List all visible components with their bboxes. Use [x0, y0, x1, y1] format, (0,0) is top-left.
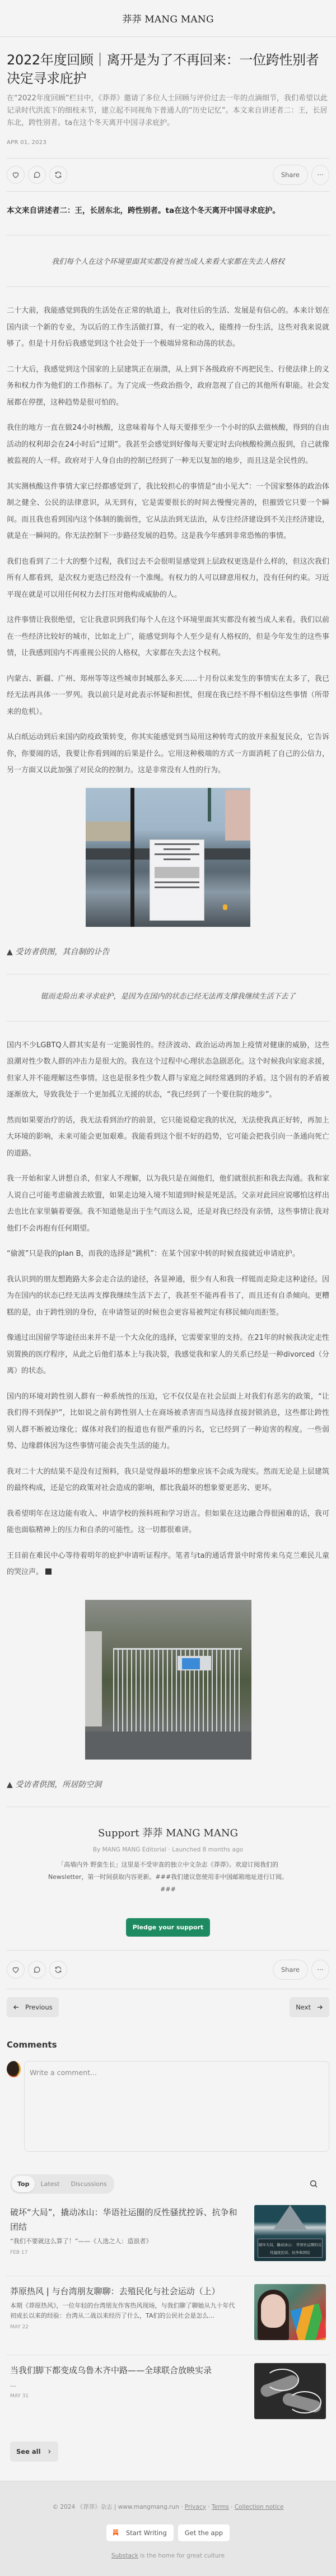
share-button[interactable]: Share — [273, 165, 308, 185]
article-body-part-1: 二十大前，我能感觉到我的生活处在正常的轨道上，我对往后的生活、发展是有信心的。本… — [7, 303, 329, 779]
post-thumbnail[interactable]: 破坏大局，撬动冰山： 华语社运圈的反性骚扰控诉、抗争和团结 — [254, 2205, 326, 2261]
divider — [7, 1021, 329, 1022]
paragraph: 我认识到的朋友想跑路大多会走合法的途径，各显神通，很少有人和我一样铤而走险走这种… — [7, 1271, 329, 1321]
heart-icon — [12, 171, 20, 179]
search-icon[interactable] — [309, 2179, 318, 2188]
post-navigation: Previous Next — [7, 1997, 329, 2017]
see-all-label: See all — [16, 2448, 41, 2456]
paragraph: “偷渡”只是我的plan B，而我的选择是“跳机”：在某个国家中转的时候直接就近… — [7, 1246, 329, 1263]
substack-bookmark-icon — [113, 2529, 118, 2536]
figure-obituary: ▲ 受访者供图，其自制的讣告 — [7, 788, 329, 974]
comment-bubble-icon — [33, 171, 41, 179]
paragraph: 内蒙古、新疆、广州、郑州等等这些城市封城那么多天……十月份以来发生的事情实在太多… — [7, 671, 329, 721]
comment-composer: Write a comment... — [7, 2061, 329, 2152]
post-date: MAY 31 — [10, 2393, 240, 2399]
comment-input[interactable]: Write a comment... — [24, 2061, 329, 2152]
post-title[interactable]: 莽原热风 | 与台湾朋友聊聊：去殖民化与社会运动（上） — [10, 2284, 240, 2299]
figure-caption: ▲ 受访者供图，所居防空洞 — [7, 1779, 329, 1807]
feed-post[interactable]: 莽原热风 | 与台湾朋友聊聊：去殖民化与社会运动（上） 本期《莽原热风》，一位年… — [7, 2276, 329, 2340]
article-body-part-2: 国内不少LGBTQ人群其实是有一定脆弱性的。经济波动、政治运动再加上疫情对健康的… — [7, 1037, 329, 1581]
paragraph: 二十大后，我感觉到这个国家的上层建筑正在崩溃，从上到下各级政府不再把民生、行使法… — [7, 361, 329, 411]
publication-name[interactable]: 莽莽 MANG MANG — [122, 11, 214, 25]
previous-post-button[interactable]: Previous — [7, 1997, 59, 2017]
support-meta: By MANG MANG Editorial · Launched 8 mont… — [7, 1846, 329, 1853]
pledge-support-button[interactable]: Pledge your support — [126, 1918, 211, 1937]
divider — [7, 1989, 329, 1989]
site-footer: © 2024 《莽莽》杂志 | www.mangmang.run · Priva… — [0, 2481, 336, 2576]
pull-quote: 我们每个人在这个环境里面其实都没有被当成人来看大家都在失去人格权 — [7, 235, 329, 286]
footer-buttons: Start Writing Get the app — [0, 2524, 336, 2541]
article-container: 2022年度回顾｜离开是为了不再回来：一位跨性别者决定寻求庇护 在“2022年度… — [0, 51, 336, 2462]
terms-link[interactable]: Terms — [212, 2504, 229, 2510]
start-writing-button[interactable]: Start Writing — [106, 2524, 174, 2541]
arrow-left-icon — [13, 2004, 20, 2011]
share-button[interactable]: Share — [273, 1960, 308, 1980]
paragraph: 我一开始和家人讲想自杀，但家人不理解，以为我只是在闹他们，他们就很抗拒和我去沟通… — [7, 1171, 329, 1237]
figure-caption: ▲ 受访者供图，其自制的讣告 — [7, 946, 329, 974]
post-title[interactable]: 当我们脚下都变成乌鲁木齐中路——全球联合放映实录 — [10, 2363, 240, 2378]
tab-discussions[interactable]: Discussions — [65, 2176, 112, 2192]
article-subtitle: 在“2022年度回顾”栏目中，《莽莽》邀请了多位人士回顾与评价过去一年的点滴细节… — [7, 92, 329, 129]
paragraph: 我们也看到了二十大的整个过程，我们过去不会很明显感觉到上层政权更迭是什么样的，但… — [7, 554, 329, 604]
more-options-button[interactable]: ··· — [311, 165, 329, 185]
collection-notice-link[interactable]: Collection notice — [235, 2504, 284, 2510]
restack-arrows-icon — [54, 171, 62, 179]
article-date: APR 01, 2023 — [7, 140, 329, 146]
user-avatar[interactable] — [7, 2061, 21, 2077]
comments-heading: Comments — [7, 2040, 329, 2050]
paragraph: 国内的环境对跨性别人群有一种系统性的压迫，它不仅仅是在社会层面上对我们有恶劣的政… — [7, 1389, 329, 1455]
privacy-link[interactable]: Privacy — [185, 2504, 206, 2510]
support-section: Support 莽莽 MANG MANG By MANG MANG Editor… — [7, 1807, 329, 1950]
final-paragraph-text: 王目前在难民中心等待着明年的庇护申请听证程序。笔者与ta的通话背景中时常传来乌克… — [7, 1552, 329, 1577]
more-options-button[interactable]: ··· — [311, 1960, 329, 1980]
post-thumbnail[interactable] — [254, 2363, 326, 2419]
copyright-text: © 2024 《莽莽》杂志 | www.mangmang.run · — [53, 2504, 185, 2510]
restack-arrows-icon — [54, 1966, 62, 1974]
paragraph: 像通过出国留学等途径出来并不是一个大众化的选择，它需要家里的支持。在21年的时候… — [7, 1330, 329, 1380]
post-date: MAY 22 — [10, 2324, 240, 2330]
article-intro: 本文来自讲述者二：王，长居东北，跨性别者。ta在这个冬天离开中国寻求庇护。 — [7, 192, 329, 235]
comment-button[interactable] — [28, 166, 46, 184]
paragraph: 国内不少LGBTQ人群其实是有一定脆弱性的。经济波动、政治运动再加上疫情对健康的… — [7, 1037, 329, 1103]
feed-post[interactable]: 当我们脚下都变成乌鲁木齐中路——全球联合放映实录 ... MAY 31 — [7, 2355, 329, 2419]
post-action-bar-top: Share ··· — [7, 159, 329, 191]
next-label: Next — [296, 2003, 311, 2011]
post-title[interactable]: 破坏“大局”，撬动冰山：华语社运圈的反性骚扰控诉、抗争和团结 — [10, 2205, 240, 2234]
top-bar: 莽莽 MANG MANG — [0, 0, 336, 37]
post-date: FEB 17 — [10, 2250, 240, 2255]
final-paragraph: 王目前在难民中心等待着明年的庇护申请听证程序。笔者与ta的通话背景中时常传来乌克… — [7, 1548, 329, 1581]
next-post-button[interactable]: Next — [290, 1997, 329, 2017]
start-writing-label: Start Writing — [126, 2529, 167, 2537]
paragraph: 二十大前，我能感觉到我的生活处在正常的轨道上，我对往后的生活、发展是有信心的。本… — [7, 303, 329, 352]
paragraph: 这件事情让我很绝望，它让我意识到我们每个人在这个环境里面其实都没有被当成人来看。… — [7, 612, 329, 662]
feed-header: Top Latest Discussions — [7, 2174, 329, 2194]
like-button[interactable] — [7, 1961, 25, 1979]
tab-latest[interactable]: Latest — [35, 2176, 65, 2192]
support-description: 「高墙内外 野蛮生长」这里是不受审查的独立中文杂志《莽莽》。欢迎订阅我们的New… — [41, 1859, 295, 1896]
feed-post[interactable]: 破坏“大局”，撬动冰山：华语社运圈的反性骚扰控诉、抗争和团结 “我们不要就这么算… — [7, 2194, 329, 2261]
get-app-button[interactable]: Get the app — [178, 2524, 230, 2541]
post-subtitle: 本期《莽原热风》，一位年轻的台湾朋友作客热风现场，与我们聊了聊她从九十年代初成长… — [10, 2301, 240, 2321]
like-button[interactable] — [7, 166, 25, 184]
footer-tagline: Substack is the home for great culture — [0, 2552, 336, 2559]
comment-button[interactable] — [28, 1961, 46, 1979]
substack-link[interactable]: Substack — [111, 2552, 138, 2559]
paragraph: 其实测核酸这件事情大家已经都感觉到了，我比较担心的事情是“由小见大”：一个国家整… — [7, 479, 329, 545]
post-action-bar-bottom: Share ··· — [7, 1951, 329, 1989]
obituary-photo[interactable] — [86, 788, 250, 927]
arrow-right-icon — [316, 2004, 323, 2011]
post-thumbnail[interactable] — [254, 2284, 326, 2340]
figure-shelter: ▲ 受访者供图，所居防空洞 — [7, 1600, 329, 1807]
support-heading: Support 莽莽 MANG MANG — [7, 1825, 329, 1840]
restack-button[interactable] — [49, 166, 67, 184]
pull-quote: 铤而走险出来寻求庇护，是因为在国内的状态已经无法再支撑我继续生活下去了 — [7, 974, 329, 1021]
divider — [7, 286, 329, 287]
post-subtitle: ... — [10, 2380, 240, 2390]
footer-links: © 2024 《莽莽》杂志 | www.mangmang.run · Priva… — [0, 2503, 336, 2511]
paragraph: 我住的地方一直在做24小时核酸，这意味着每个人每天要排至少一个小时的队去做核酸，… — [7, 420, 329, 470]
see-all-button[interactable]: See all — [10, 2442, 58, 2462]
article-title: 2022年度回顾｜离开是为了不再回来：一位跨性别者决定寻求庇护 — [7, 51, 329, 88]
restack-button[interactable] — [49, 1961, 67, 1979]
shelter-photo[interactable] — [85, 1600, 251, 1760]
paragraph: 从白纸运动到后来国内防疫政策转变，你其实能感觉到当局用这种转弯式的放开来报复民众… — [7, 729, 329, 779]
paragraph: 然而如果要治疗的话，我无法看到治疗的前景，它只能说稳定我的状况，无法使我真正好转… — [7, 1112, 329, 1162]
feed-tabs: Top Latest Discussions — [10, 2174, 114, 2194]
tagline-text: is the home for great culture — [138, 2552, 225, 2559]
end-mark-icon — [45, 1568, 52, 1575]
comment-bubble-icon — [33, 1966, 41, 1974]
paragraph: 我对二十大的结果不是没有过预料，我只是觉得最坏的想象应该不会成为现实。然而无论是… — [7, 1464, 329, 1497]
chevron-right-icon — [46, 2449, 52, 2454]
previous-label: Previous — [25, 2003, 53, 2011]
tab-top[interactable]: Top — [12, 2176, 35, 2192]
post-subtitle: “我们不要就这么算了！”——《人选之人：造浪者》 — [10, 2236, 240, 2247]
paragraph: 我希望明年在这边能有收入、申请学校的预科班和学习语言。但如果在这边融合得很困难的… — [7, 1506, 329, 1539]
heart-icon — [12, 1966, 20, 1974]
thumbnail-caption: 破坏大局，撬动冰山： 华语社运圈的反性骚扰控诉、抗争和团结 — [258, 2239, 323, 2258]
